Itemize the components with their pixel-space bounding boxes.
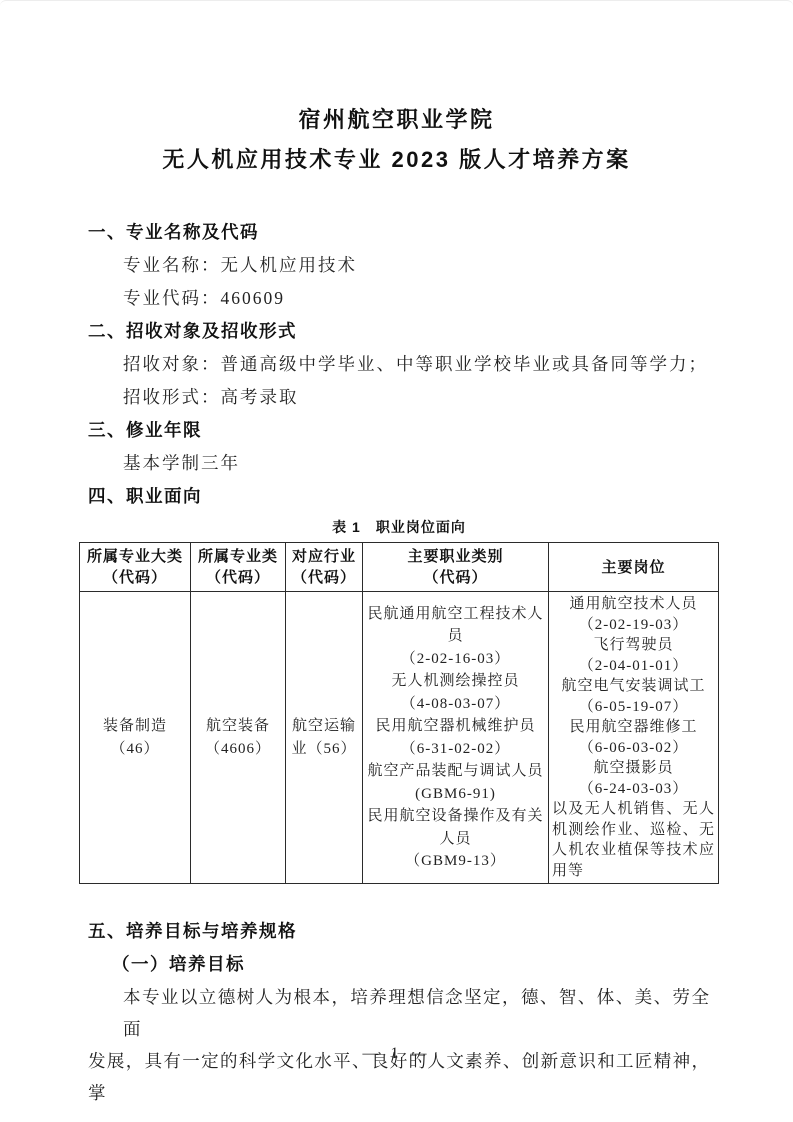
table-cell-line: 航空摄影员	[552, 758, 715, 779]
major-code-line: 专业代码：460609	[88, 282, 710, 315]
header-line: 所属专业类	[194, 546, 282, 567]
header-line: 主要岗位	[552, 557, 715, 578]
header-line: 对应行业	[289, 546, 359, 567]
page-number: — 1 —	[0, 1044, 793, 1064]
table-cell-line: 装备制造	[83, 715, 187, 738]
section-4: 四、职业面向	[88, 480, 710, 513]
cell-major-category: 装备制造（46）	[80, 592, 191, 884]
cell-industry: 航空运输业（56）	[286, 592, 363, 884]
section-5-heading: 五、培养目标与培养规格	[88, 915, 710, 948]
table-cell-line: （GBM9-13）	[366, 850, 545, 873]
header-occupation-category: 主要职业类别 （代码）	[363, 543, 549, 592]
header-line: （代码）	[366, 567, 545, 588]
table-cell-line: 民航通用航空工程技术人员	[366, 603, 545, 648]
enroll-form-line: 招收形式：高考录取	[88, 381, 710, 414]
table-caption: 表 1 职业岗位面向	[88, 517, 710, 537]
header-line: 所属专业大类	[83, 546, 187, 567]
table-header-row: 所属专业大类 （代码） 所属专业类 （代码） 对应行业 （代码） 主要职业类别 …	[80, 543, 719, 592]
table-cell-line: （2-02-16-03）	[366, 648, 545, 671]
table-cell-line: (GBM6-91)	[366, 783, 545, 806]
header-line: （代码）	[289, 567, 359, 588]
document-body: 一、专业名称及代码 专业名称：无人机应用技术 专业代码：460609 二、招收对…	[0, 216, 793, 1109]
cell-main-posts: 通用航空技术人员（2-02-19-03）飞行驾驶员（2-04-01-01）航空电…	[549, 592, 719, 884]
table-cell-line: （6-05-19-07）	[552, 697, 715, 718]
section-1-heading: 一、专业名称及代码	[88, 216, 710, 249]
table-cell-line: 航空电气安装调试工	[552, 676, 715, 697]
document-title-line1: 宿州航空职业学院	[0, 105, 793, 135]
header-major-category: 所属专业大类 （代码）	[80, 543, 191, 592]
table-cell-line: （4-08-03-07）	[366, 693, 545, 716]
cell-text: 航空运输业（56）	[289, 715, 359, 760]
section-2-heading: 二、招收对象及招收形式	[88, 315, 710, 348]
table-cell-line: （46）	[83, 738, 187, 761]
section-2: 二、招收对象及招收形式 招收对象：普通高级中学毕业、中等职业学校毕业或具备同等学…	[88, 315, 710, 414]
section-4-heading: 四、职业面向	[88, 480, 710, 513]
document-title-line2: 无人机应用技术专业 2023 版人才培养方案	[0, 145, 793, 175]
table-cell-line: 民用航空器维修工	[552, 717, 715, 738]
section-3: 三、修业年限 基本学制三年	[88, 414, 710, 480]
table-row: 装备制造（46） 航空装备（4606） 航空运输业（56） 民航通用航空工程技术…	[80, 592, 719, 884]
table-cell-line: 无人机测绘操控员	[366, 670, 545, 693]
header-industry: 对应行业 （代码）	[286, 543, 363, 592]
study-duration-line: 基本学制三年	[88, 447, 710, 480]
table-cell-line: （6-31-02-02）	[366, 738, 545, 761]
post-lines: 通用航空技术人员（2-02-19-03）飞行驾驶员（2-04-01-01）航空电…	[552, 594, 715, 799]
major-name-line: 专业名称：无人机应用技术	[88, 249, 710, 282]
table-cell-line: 民用航空器机械维护员	[366, 715, 545, 738]
table-cell-line: （4606）	[194, 738, 282, 761]
header-line: 主要职业类别	[366, 546, 545, 567]
table-cell-line: 航空产品装配与调试人员	[366, 760, 545, 783]
table-cell-line: （2-04-01-01）	[552, 656, 715, 677]
table-cell-line: （6-24-03-03）	[552, 779, 715, 800]
training-goal-paragraph-line1: 本专业以立德树人为根本，培养理想信念坚定，德、智、体、美、劳全面	[88, 981, 710, 1045]
document-page: 宿州航空职业学院 无人机应用技术专业 2023 版人才培养方案 一、专业名称及代…	[0, 0, 793, 1122]
header-line: （代码）	[83, 567, 187, 588]
table-cell-line: （6-06-03-02）	[552, 738, 715, 759]
training-goal-subheading: （一）培养目标	[88, 948, 710, 981]
header-line: （代码）	[194, 567, 282, 588]
enroll-target-line: 招收对象：普通高级中学毕业、中等职业学校毕业或具备同等学力；	[88, 348, 710, 381]
section-1: 一、专业名称及代码 专业名称：无人机应用技术 专业代码：460609	[88, 216, 710, 315]
section-5: 五、培养目标与培养规格 （一）培养目标 本专业以立德树人为根本，培养理想信念坚定…	[88, 915, 710, 1109]
cell-major-class: 航空装备（4606）	[191, 592, 286, 884]
cell-occupation-category: 民航通用航空工程技术人员（2-02-16-03）无人机测绘操控员（4-08-03…	[363, 592, 549, 884]
section-3-heading: 三、修业年限	[88, 414, 710, 447]
header-major-class: 所属专业类 （代码）	[191, 543, 286, 592]
header-main-posts: 主要岗位	[549, 543, 719, 592]
job-orientation-table: 所属专业大类 （代码） 所属专业类 （代码） 对应行业 （代码） 主要职业类别 …	[79, 542, 719, 884]
table-cell-line: 民用航空设备操作及有关人员	[366, 805, 545, 850]
table-cell-line: 通用航空技术人员	[552, 594, 715, 615]
table-cell-line: 飞行驾驶员	[552, 635, 715, 656]
table-cell-line: （2-02-19-03）	[552, 615, 715, 636]
post-tail-text: 以及无人机销售、无人机测绘作业、巡检、无人机农业植保等技术应用等	[552, 799, 715, 881]
table-cell-line: 航空装备	[194, 715, 282, 738]
